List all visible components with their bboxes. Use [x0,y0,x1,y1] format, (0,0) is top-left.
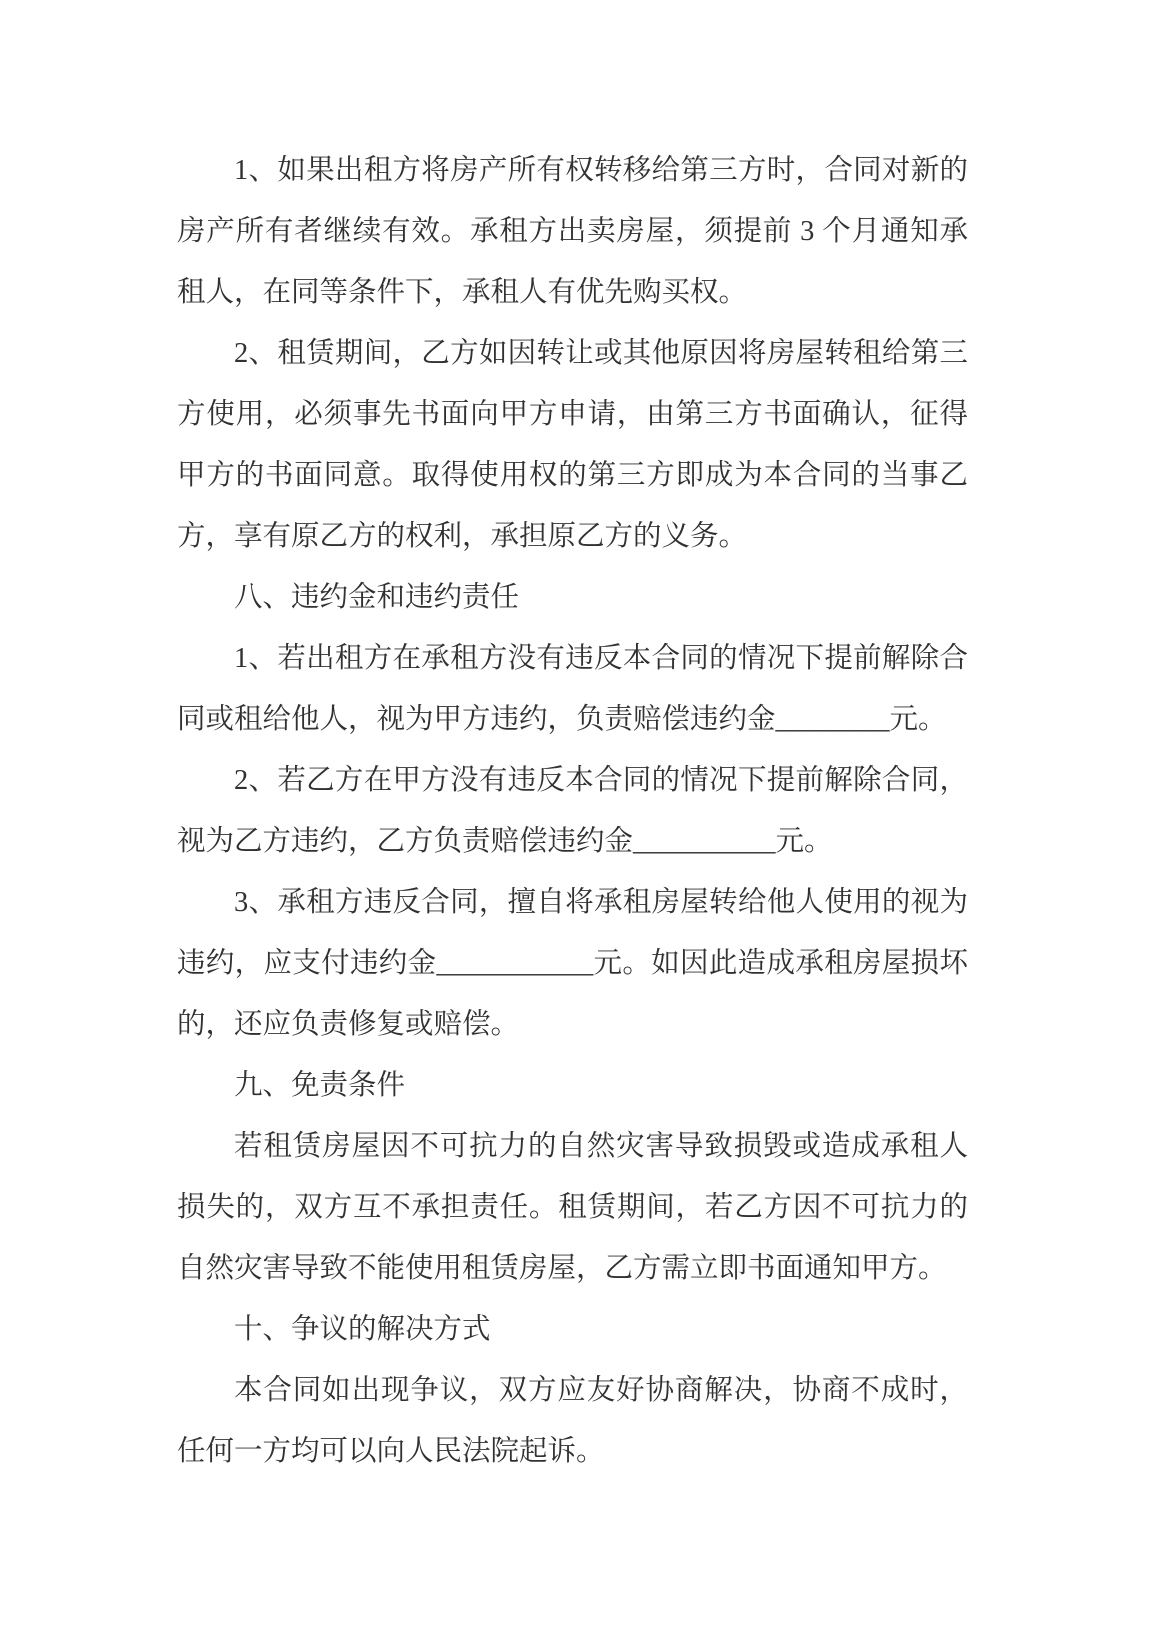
contract-clause: 本合同如出现争议，双方应友好协商解决，协商不成时，任何一方均可以向人民法院起诉。 [177,1360,968,1482]
section-heading: 十、争议的解决方式 [177,1299,968,1360]
contract-clause: 若租赁房屋因不可抗力的自然灾害导致损毁或造成承租人损失的，双方互不承担责任。租赁… [177,1116,968,1299]
contract-clause: 2、租赁期间，乙方如因转让或其他原因将房屋转租给第三方使用，必须事先书面向甲方申… [177,323,968,567]
contract-page: 1、如果出租方将房产所有权转移给第三方时，合同对新的房产所有者继续有效。承租方出… [0,0,1167,1651]
contract-clause: 1、如果出租方将房产所有权转移给第三方时，合同对新的房产所有者继续有效。承租方出… [177,140,968,323]
section-heading: 九、免责条件 [177,1055,968,1116]
section-heading: 八、违约金和违约责任 [177,567,968,628]
contract-clause: 3、承租方违反合同，擅自将承租房屋转给他人使用的视为违约，应支付违约金_____… [177,872,968,1055]
contract-clause: 2、若乙方在甲方没有违反本合同的情况下提前解除合同，视为乙方违约，乙方负责赔偿违… [177,750,968,872]
document-body: 1、如果出租方将房产所有权转移给第三方时，合同对新的房产所有者继续有效。承租方出… [177,140,968,1482]
contract-clause: 1、若出租方在承租方没有违反本合同的情况下提前解除合同或租给他人，视为甲方违约，… [177,628,968,750]
